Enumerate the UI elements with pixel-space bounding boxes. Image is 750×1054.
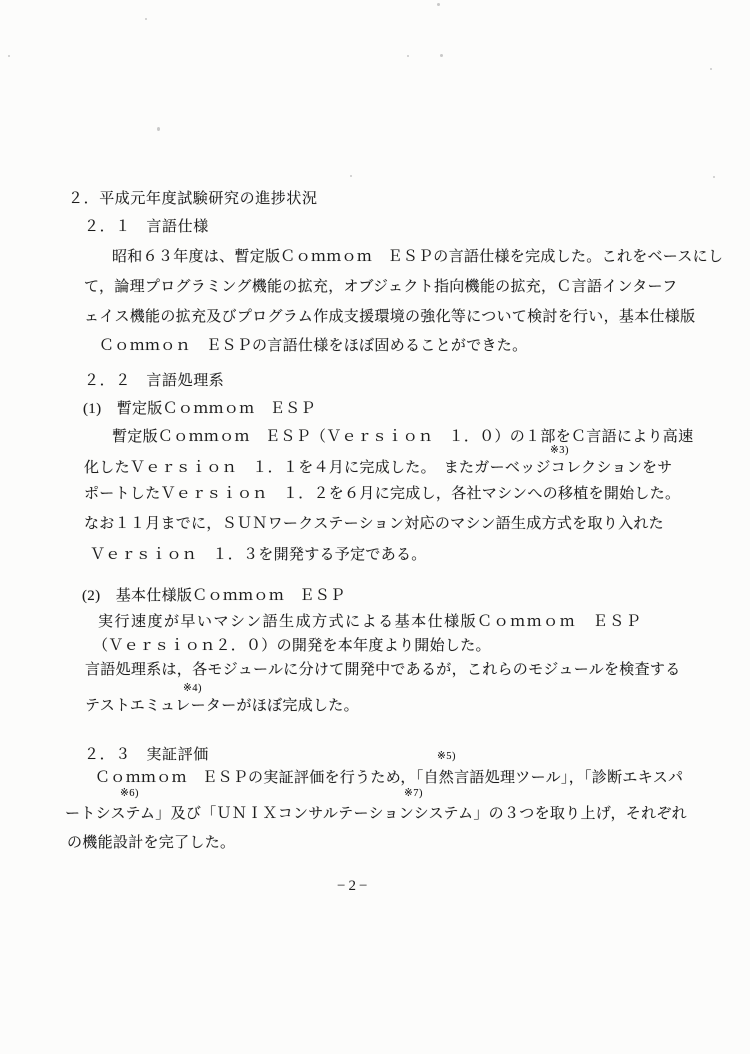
item-2-heading: (2) 基本仕様版Ｃｏｍｍｏｍ ＥＳＰ — [82, 586, 345, 606]
scan-speck — [713, 176, 715, 178]
paragraph-line: なお１１月までに，ＳＵＮワークステーション対応のマシン語生成方式を取り入れた — [84, 514, 664, 534]
paragraph-line: 言語処理系は，各モジュールに分けて開発中であるが，これらのモジュールを検査する — [85, 660, 681, 680]
paragraph-line: の機能設計を完了した。 — [67, 833, 235, 853]
item-1-heading: (1) 暫定版Ｃｏｍｍｏｍ ＥＳＰ — [83, 399, 316, 419]
footnote-mark-4: ※4) — [183, 683, 202, 695]
paragraph-line: Ｃｏｍｍｏｍ ＥＳＰの実証評価を行うため，「自然言語処理ツール」，「診断エキスパ — [95, 768, 683, 788]
paragraph-line: Ｃｏｍｍｏｎ ＥＳＰの言語仕様をほぼ固めることができた。 — [99, 336, 527, 356]
scan-speck — [157, 127, 160, 131]
paragraph-line: テストエミュレーターがほぼ完成した。 — [85, 696, 359, 716]
footnote-mark-7: ※7) — [404, 788, 423, 800]
scan-speck — [145, 18, 147, 20]
page-number: −2− — [337, 878, 370, 895]
scan-speck — [407, 55, 409, 57]
paragraph-line: ポートしたＶｅｒｓｉｏｎ １．２を６月に完成し，各社マシンへの移植を開始した。 — [84, 484, 680, 504]
document-page: ２．平成元年度試験研究の進捗状況 ２．１ 言語仕様 昭和６３年度は、暫定版Ｃｏｍ… — [0, 0, 750, 1054]
footnote-mark-6: ※6) — [120, 788, 139, 800]
footnote-mark-5: ※5) — [437, 751, 456, 763]
footnote-mark-3: ※3) — [550, 445, 569, 457]
main-heading: ２．平成元年度試験研究の進捗状況 — [68, 189, 318, 209]
paragraph-line: 化したＶｅｒｓｉｏｎ １．１を４月に完成した。 またガーベッジコレクションをサ — [84, 458, 673, 478]
scan-speck — [8, 55, 10, 57]
paragraph-line: て，論理プログラミング機能の拡充，オブジェクト指向機能の拡充，Ｃ言語インターフ — [84, 277, 677, 297]
paragraph-line: 実行速度が早いマシン語生成方式による基本仕様版Ｃｏｍｍｏｍ ＥＳＰ — [98, 612, 642, 632]
paragraph-line: ェイス機能の拡充及びプログラム作成支援環境の強化等について検討を行い，基本仕様版 — [84, 307, 695, 327]
scan-speck — [710, 68, 712, 70]
scan-speck — [440, 54, 443, 57]
paragraph-line: ートシステム」及び「ＵＮＩＸコンサルテーションシステム」の３つを取り上げ，それぞ… — [65, 804, 687, 824]
paragraph-line: 昭和６３年度は、暫定版Ｃｏｍｍｏｍ ＥＳＰの言語仕様を完成した。これをベースにし — [112, 247, 723, 267]
section-2-2-heading: ２．２ 言語処理系 — [84, 371, 224, 391]
section-2-3-heading: ２．３ 実証評価 — [84, 745, 209, 765]
scan-speck — [350, 175, 352, 177]
section-2-1-heading: ２．１ 言語仕様 — [84, 217, 209, 237]
paragraph-line: 暫定版Ｃｏｍｍｏｍ ＥＳＰ（Ｖｅｒｓｉｏｎ １．０）の１部をＣ言語により高速 — [112, 427, 693, 447]
paragraph-line: （Ｖｅｒｓｉｏｎ２．０）の開発を本年度より開始した。 — [93, 636, 491, 656]
paragraph-line: Ｖｅｒｓｉｏｎ １．３を開発する予定である。 — [90, 545, 427, 565]
scan-speck — [437, 3, 440, 6]
